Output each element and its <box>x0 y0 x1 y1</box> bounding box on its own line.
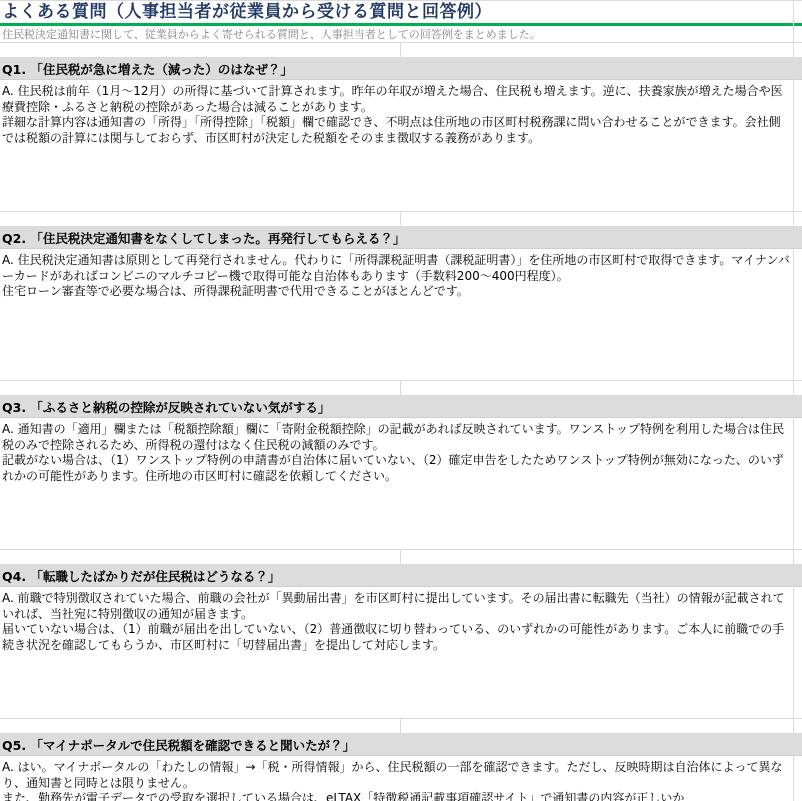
empty-cell <box>0 381 401 395</box>
faq-section-q4: Q4. 「転職したばかりだが住民税はどうなる？」 A. 前職で特別徴収されていた… <box>0 565 802 734</box>
spacer-row <box>0 550 802 565</box>
spacer-row <box>0 381 802 396</box>
empty-cell <box>401 550 802 564</box>
spacer-row <box>0 212 802 227</box>
empty-cell <box>401 212 802 226</box>
empty-cell <box>401 719 802 733</box>
faq-section-q3: Q3. 「ふるさと納税の控除が反映されていない気がする」 A. 通知書の「適用」… <box>0 396 802 565</box>
answer-text-q5: A. はい。マイナポータルの「わたしの情報」→「税・所得情報」から、住民税額の一… <box>0 756 802 801</box>
page-subtitle: 住民税決定通知書に関して、従業員からよく寄せられる質問と、人事担当者としての回答… <box>0 26 802 43</box>
faq-section-q5: Q5. 「マイナポータルで住民税額を確認できると聞いたが？」 A. はい。マイナ… <box>0 734 802 801</box>
question-header-q3: Q3. 「ふるさと納税の控除が反映されていない気がする」 <box>0 396 802 418</box>
empty-cell <box>0 719 401 733</box>
answer-text-q1: A. 住民税は前年（1月～12月）の所得に基づいて計算されます。昨年の年収が増え… <box>0 80 802 212</box>
question-header-q5: Q5. 「マイナポータルで住民税額を確認できると聞いたが？」 <box>0 734 802 756</box>
spacer-row <box>0 719 802 734</box>
page-title: よくある質問（人事担当者が従業員から受ける質問と回答例） <box>0 1 802 23</box>
empty-cell <box>0 43 401 57</box>
answer-text-q4: A. 前職で特別徴収されていた場合、前職の会社が「異動届出書」を市区町村に提出し… <box>0 587 802 719</box>
faq-section-q1: Q1. 「住民税が急に増えた（減った）のはなぜ？」 A. 住民税は前年（1月～1… <box>0 58 802 227</box>
question-header-q2: Q2. 「住民税決定通知書をなくしてしまった。再発行してもらえる？」 <box>0 227 802 249</box>
faq-section-q2: Q2. 「住民税決定通知書をなくしてしまった。再発行してもらえる？」 A. 住民… <box>0 227 802 396</box>
spacer-row <box>0 43 802 58</box>
question-header-q1: Q1. 「住民税が急に増えた（減った）のはなぜ？」 <box>0 58 802 80</box>
question-header-q4: Q4. 「転職したばかりだが住民税はどうなる？」 <box>0 565 802 587</box>
empty-cell <box>401 381 802 395</box>
answer-text-q3: A. 通知書の「適用」欄または「税額控除額」欄に「寄附金税額控除」の記載があれば… <box>0 418 802 550</box>
empty-cell <box>0 550 401 564</box>
empty-cell <box>401 43 802 57</box>
answer-text-q2: A. 住民税決定通知書は原則として再発行されません。代わりに「所得課税証明書（課… <box>0 249 802 381</box>
faq-document: よくある質問（人事担当者が従業員から受ける質問と回答例） 住民税決定通知書に関し… <box>0 0 802 801</box>
empty-cell <box>0 212 401 226</box>
